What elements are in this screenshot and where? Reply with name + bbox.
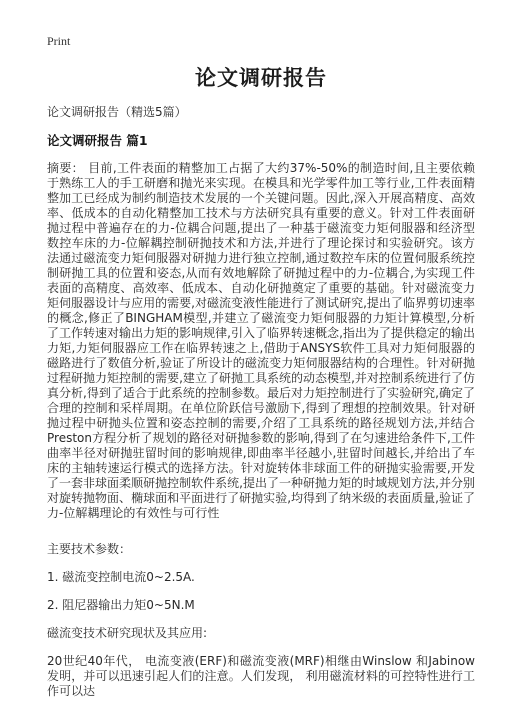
abstract-paragraph: 摘要： 目前,工件表面的精整加工占据了大约37%-50%的制造时间,且主要依赖于…: [47, 161, 475, 521]
document-page: Print 论文调研报告 论文调研报告（精选5篇） 论文调研报告 篇1 摘要： …: [0, 0, 520, 718]
doc-subtitle: 论文调研报告（精选5篇）: [47, 105, 475, 120]
history-paragraph: 20世纪40年代， 电流变液(ERF)和磁流变液(MRF)相继由Winslow …: [47, 654, 475, 699]
page-title: 论文调研报告: [47, 65, 475, 91]
print-button[interactable]: Print: [47, 34, 70, 49]
section-heading-part1: 论文调研报告 篇1: [47, 133, 475, 149]
params-heading: 主要技术参数：: [47, 542, 475, 557]
status-heading: 磁流变技术研究现状及其应用:: [47, 626, 475, 641]
param-item-current: 1. 磁流变控制电流0~2.5A.: [47, 570, 475, 585]
param-item-torque: 2. 阻尼器输出力矩0~5N.M: [47, 598, 475, 613]
